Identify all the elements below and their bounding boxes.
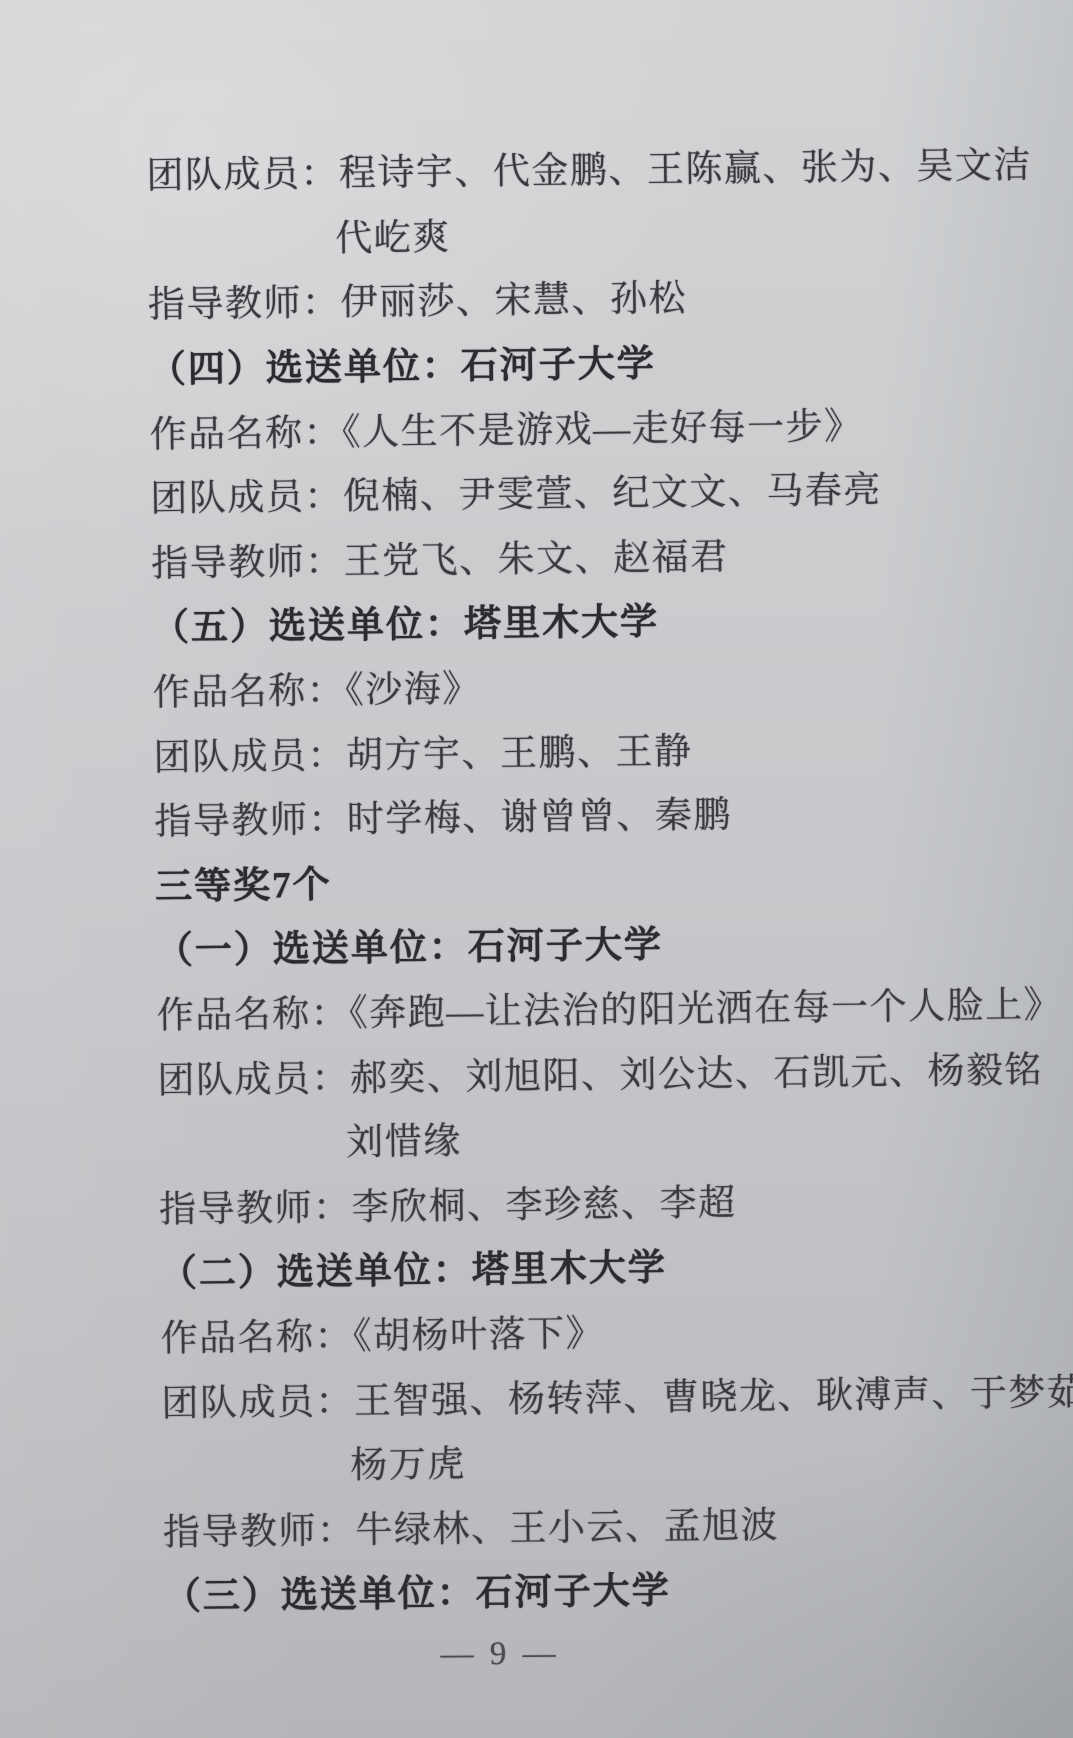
- document-line: （三）选送单位：石河子大学: [163, 1550, 1044, 1625]
- document-line: 刘惜缘: [158, 1098, 1039, 1173]
- line-text: （二）选送单位：塔里木大学: [159, 1237, 667, 1297]
- line-text: 作品名称：《沙海》: [152, 658, 481, 716]
- document-line: 三等奖7个: [155, 840, 1036, 915]
- document-line: 指导教师：时学梅、谢曾曾、秦鹏: [154, 775, 1035, 850]
- line-text: 指导教师：时学梅、谢曾曾、秦鹏: [154, 784, 732, 845]
- line-text: 团队成员：胡方宇、王鹏、王静: [153, 720, 693, 781]
- page-number: — 9 —: [0, 1633, 1000, 1677]
- line-text: 团队成员：程诗宇、代金鹏、王陈赢、张为、吴文洁: [146, 134, 1032, 199]
- document-line: 指导教师：李欣桐、李珍慈、李超: [159, 1163, 1040, 1238]
- document-line: 作品名称：《胡杨叶落下》: [160, 1292, 1041, 1367]
- document-line: 作品名称：《沙海》: [152, 646, 1033, 721]
- document-line: （四）选送单位：石河子大学: [148, 323, 1029, 398]
- line-text: 代屹爽: [335, 206, 451, 261]
- scanned-document-page: 团队成员：程诗宇、代金鹏、王陈赢、张为、吴文洁代屹爽指导教师：伊丽莎、宋慧、孙松…: [0, 0, 1073, 1738]
- document-line: （一）选送单位：石河子大学: [155, 904, 1036, 979]
- line-text: 指导教师：牛绿林、王小云、孟旭波: [163, 1494, 780, 1556]
- line-text: （四）选送单位：石河子大学: [148, 333, 656, 393]
- line-text: （五）选送单位：塔里木大学: [152, 591, 660, 651]
- document-line: 团队成员：胡方宇、王鹏、王静: [153, 711, 1034, 786]
- document-text-block: 团队成员：程诗宇、代金鹏、王陈赢、张为、吴文洁代屹爽指导教师：伊丽莎、宋慧、孙松…: [146, 129, 1044, 1625]
- document-line: （二）选送单位：塔里木大学: [159, 1227, 1040, 1302]
- line-text: 团队成员：郝奕、刘旭阳、刘公达、石凯元、杨毅铭: [157, 1039, 1043, 1104]
- line-text: 作品名称：《奔跑—让法治的阳光洒在每一个人脸上》: [156, 974, 1062, 1039]
- line-text: 团队成员：王智强、杨转萍、曹晓龙、耿溥声、于梦茹: [161, 1361, 1073, 1426]
- line-text: 指导教师：李欣桐、李珍慈、李超: [159, 1172, 737, 1233]
- line-text: 指导教师：伊丽莎、宋慧、孙松: [148, 268, 688, 329]
- document-line: 团队成员：郝奕、刘旭阳、刘公达、石凯元、杨毅铭: [157, 1033, 1038, 1108]
- line-text: 作品名称：《胡杨叶落下》: [160, 1302, 604, 1361]
- document-line: 指导教师：伊丽莎、宋慧、孙松: [148, 258, 1029, 333]
- document-line: 代屹爽: [147, 194, 1028, 269]
- document-line: （五）选送单位：塔里木大学: [152, 581, 1033, 656]
- document-line: 作品名称：《人生不是游戏—走好每一步》: [149, 388, 1030, 463]
- line-text: 指导教师：王党飞、朱文、赵福君: [151, 526, 729, 587]
- line-text: （三）选送单位：石河子大学: [163, 1560, 671, 1620]
- line-text: 三等奖7个: [155, 854, 332, 910]
- document-line: 团队成员：程诗宇、代金鹏、王陈赢、张为、吴文洁: [146, 129, 1027, 204]
- line-text: 作品名称：《人生不是游戏—走好每一步》: [149, 395, 863, 458]
- document-line: 杨万虎: [162, 1421, 1043, 1496]
- line-text: （一）选送单位：石河子大学: [156, 914, 664, 974]
- document-line: 作品名称：《奔跑—让法治的阳光洒在每一个人脸上》: [156, 969, 1037, 1044]
- line-text: 刘惜缘: [346, 1110, 462, 1165]
- document-line: 指导教师：牛绿林、王小云、孟旭波: [163, 1486, 1044, 1561]
- document-line: 团队成员：倪楠、尹雯萱、纪文文、马春亮: [150, 452, 1031, 527]
- line-text: 杨万虎: [350, 1433, 466, 1488]
- document-line: 指导教师：王党飞、朱文、赵福君: [151, 517, 1032, 592]
- line-text: 团队成员：倪楠、尹雯萱、纪文文、马春亮: [150, 459, 882, 522]
- document-line: 团队成员：王智强、杨转萍、曹晓龙、耿溥声、于梦茹: [161, 1356, 1042, 1431]
